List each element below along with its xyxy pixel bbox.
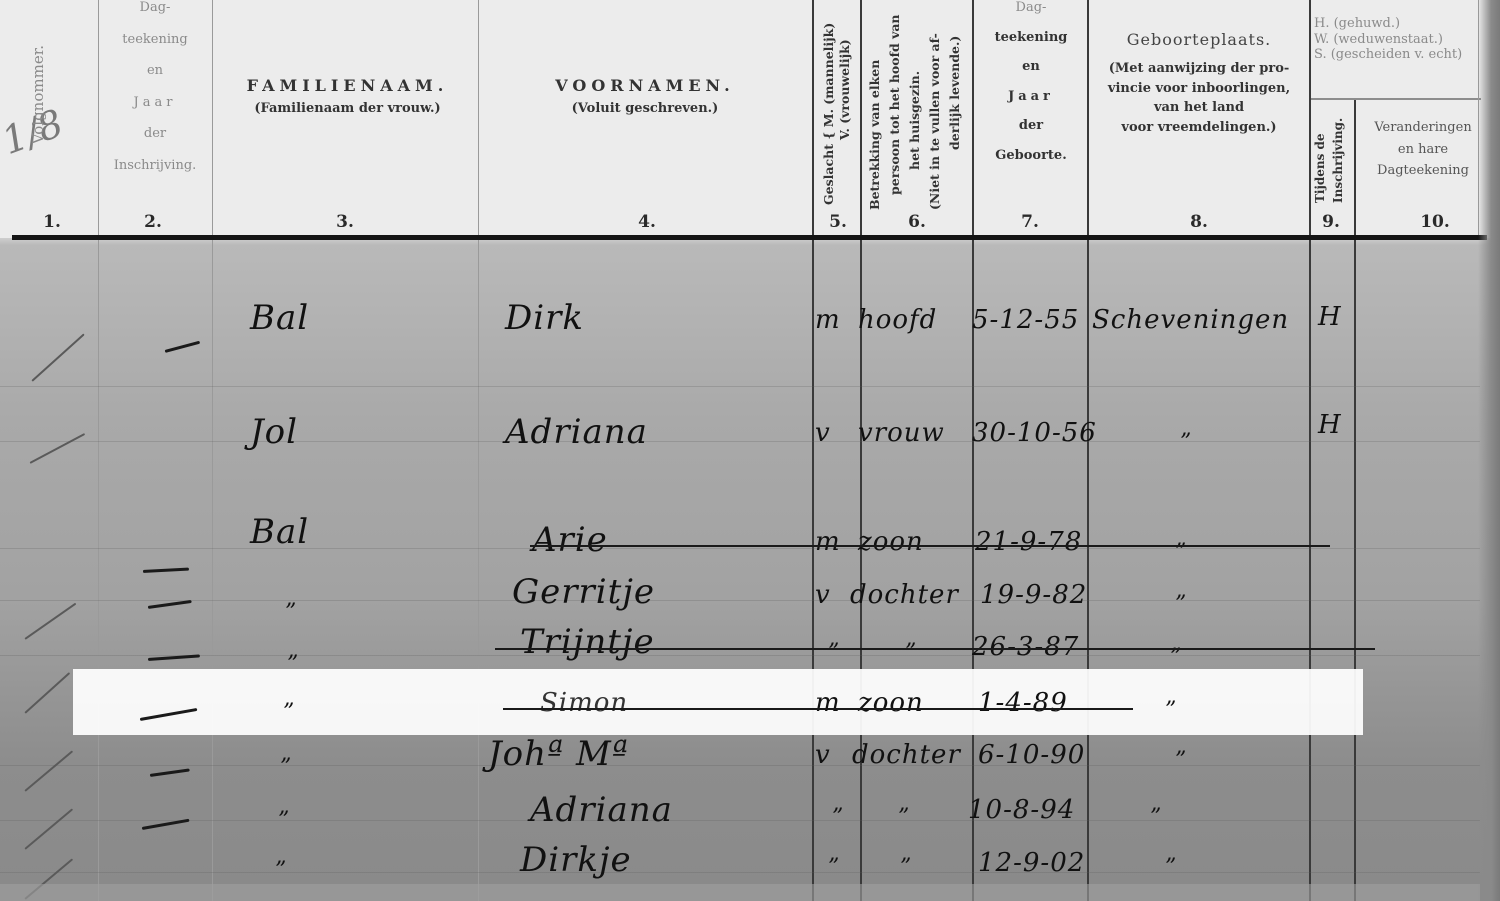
- strikethrough-line: [530, 545, 1330, 547]
- geboortedatum: 12-9-02: [978, 848, 1085, 878]
- betrekking: vrouw: [858, 418, 945, 448]
- col8-line: voor vreemdelingen.): [1090, 120, 1308, 136]
- familienaam: ”: [280, 755, 292, 780]
- geslacht: v: [815, 580, 831, 610]
- legend-item: S. (gescheiden v. echt): [1314, 47, 1489, 63]
- column-rule: [1354, 100, 1356, 901]
- geboorteplaats: ”: [1175, 540, 1187, 565]
- col10-title: Veranderingen en hare Dagteekening: [1358, 120, 1488, 179]
- col2-title: Dag- teekening en Jaar der Inschrijving.: [100, 0, 210, 174]
- col7-line: der: [975, 118, 1087, 134]
- col-number: 4.: [627, 212, 667, 232]
- burgerlijke-staat: H: [1318, 410, 1342, 440]
- burgerlijke-staat: H: [1318, 302, 1342, 332]
- column-rule: [1478, 0, 1479, 240]
- voornamen: Arie: [532, 520, 608, 560]
- col6-line: (Niet in te vullen voor af-: [928, 0, 942, 210]
- familienaam: ”: [275, 858, 287, 883]
- voornamen: Gerritje: [512, 572, 655, 612]
- volgnummer-tick: [30, 433, 86, 464]
- ledger-line: [0, 872, 1480, 873]
- col-number: 2.: [133, 212, 173, 232]
- familienaam: Jol: [250, 412, 298, 452]
- col10-line: Veranderingen: [1358, 120, 1488, 136]
- col7-line: Jaar: [975, 89, 1087, 105]
- betrekking: dochter: [852, 740, 961, 770]
- geboorteplaats: ”: [1175, 748, 1187, 773]
- legend-item: H. (gehuwd.): [1314, 16, 1489, 32]
- col5-heading: Geslacht: [821, 144, 836, 205]
- col3-title: FAMILIENAAM. (Familienaam der vrouw.): [215, 76, 480, 117]
- col4-subheading: (Voluit geschreven.): [480, 101, 810, 117]
- geslacht: ”: [828, 855, 840, 880]
- col8-line: vincie voor inboorlingen,: [1090, 81, 1308, 97]
- col-number: 3.: [325, 212, 365, 232]
- volgnummer-tick: [24, 750, 73, 791]
- ledger-line: [0, 386, 1480, 387]
- col5-option-v: V. (vrouwelijk): [838, 0, 852, 140]
- geslacht: v: [815, 740, 831, 770]
- civil-status-legend: H. (gehuwd.) W. (weduwenstaat.) S. (gesc…: [1314, 16, 1489, 63]
- inschrijving-dash: [165, 341, 201, 353]
- col6-line: het huisgezin.: [908, 0, 922, 170]
- voornamen: Adriana: [530, 790, 673, 830]
- ledger-line: [0, 765, 1480, 766]
- col6-line: derlijk levende.): [948, 0, 962, 150]
- voornamen: Dirk: [505, 298, 584, 338]
- voornamen: Dirkje: [520, 840, 632, 880]
- familienaam: ”: [285, 600, 297, 625]
- legend-divider: [1311, 98, 1481, 100]
- register-page: 1/8 Volgnommer. Dag- teekening en Jaar d…: [0, 0, 1500, 901]
- col8-line: (Met aanwijzing der pro-: [1090, 61, 1308, 77]
- col8-title: Geboorteplaats. (Met aanwijzing der pro-…: [1090, 30, 1308, 136]
- voornamen: Johª Mª: [488, 734, 629, 774]
- geslacht: v: [815, 418, 831, 448]
- col9-line: Inschrijving.: [1332, 108, 1346, 203]
- betrekking: zoon: [858, 527, 924, 557]
- col6-line: persoon tot het hoofd van: [888, 0, 902, 195]
- col-number: 1.: [32, 212, 72, 232]
- col3-subheading: (Familienaam der vrouw.): [215, 101, 480, 117]
- col10-line: Dagteekening: [1358, 163, 1488, 179]
- col5-title: Geslacht { M. (mannelijk): [822, 0, 836, 205]
- familienaam: Bal: [250, 512, 309, 552]
- geboortedatum: 26-3-87: [972, 632, 1079, 662]
- col-number: 9.: [1311, 212, 1351, 232]
- ledger-line: [0, 548, 1480, 549]
- col7-line: Geboorte.: [975, 148, 1087, 164]
- geslacht: m: [815, 305, 841, 335]
- geslacht: m: [815, 527, 841, 557]
- geslacht: ”: [832, 805, 844, 830]
- geboorteplaats: ”: [1165, 855, 1177, 880]
- col1-title: Volgnommer.: [30, 45, 47, 144]
- geboorteplaats: ”: [1175, 592, 1187, 617]
- col-number: 7.: [1010, 212, 1050, 232]
- page-bottom-edge: [0, 884, 1480, 901]
- inschrijving-dash: [148, 600, 192, 609]
- familienaam: Bal: [250, 298, 309, 338]
- col2-line: Jaar: [100, 95, 210, 111]
- volgnummer-tick: [31, 333, 84, 381]
- col2-line: Dag-: [100, 0, 210, 16]
- col8-line: van het land: [1090, 100, 1308, 116]
- voornamen: Adriana: [505, 412, 648, 452]
- geboortedatum: 6-10-90: [978, 740, 1085, 770]
- ledger-line: [0, 600, 1480, 601]
- geslacht: m: [815, 688, 841, 718]
- betrekking: ”: [898, 805, 910, 830]
- col2-line: Inschrijving.: [100, 158, 210, 174]
- header-divider: [12, 235, 1487, 240]
- betrekking: zoon: [858, 688, 924, 718]
- ledger-line: [0, 441, 1480, 442]
- geboorteplaats: ”: [1150, 805, 1162, 830]
- col-number: 10.: [1415, 212, 1455, 232]
- geboortedatum: 30-10-56: [972, 418, 1097, 448]
- col7-line: en: [975, 59, 1087, 75]
- ledger-line: [0, 655, 1480, 656]
- strikethrough-line: [503, 708, 1133, 710]
- col7-title: Dag- teekening en Jaar der Geboorte.: [975, 0, 1087, 164]
- voornamen: Simon: [540, 688, 628, 718]
- geboortedatum: 10-8-94: [968, 795, 1075, 825]
- col2-line: teekening: [100, 32, 210, 48]
- col-number: 6.: [897, 212, 937, 232]
- familienaam: ”: [283, 700, 295, 725]
- col7-line: Dag-: [975, 0, 1087, 16]
- geboortedatum: 5-12-55: [972, 305, 1079, 335]
- betrekking: ”: [905, 640, 917, 665]
- col7-line: teekening: [975, 30, 1087, 46]
- col5-option-m: M. (mannelijk): [821, 23, 836, 128]
- geslacht: ”: [828, 640, 840, 665]
- legend-item: W. (weduwenstaat.): [1314, 32, 1489, 48]
- voornamen: Trijntje: [520, 622, 655, 662]
- betrekking: dochter: [850, 580, 959, 610]
- geboorteplaats: Scheveningen: [1092, 305, 1289, 335]
- betrekking: hoofd: [858, 305, 937, 335]
- col6-line: Betrekking van elken: [868, 0, 882, 210]
- strikethrough-line: [495, 648, 1375, 650]
- col-number: 8.: [1179, 212, 1219, 232]
- inschrijving-dash: [143, 568, 189, 573]
- inschrijving-dash: [150, 768, 190, 777]
- col8-heading: Geboorteplaats.: [1090, 30, 1308, 49]
- col9-line: Tijdens de: [1314, 108, 1328, 203]
- col4-title: VOORNAMEN. (Voluit geschreven.): [480, 76, 810, 117]
- geboorteplaats: ”: [1165, 698, 1177, 723]
- geboortedatum: 19-9-82: [980, 580, 1087, 610]
- register-header: 1/8 Volgnommer. Dag- teekening en Jaar d…: [0, 0, 1500, 238]
- col10-line: en hare: [1358, 142, 1488, 158]
- volgnummer-tick: [24, 808, 73, 849]
- geboorteplaats: ”: [1180, 430, 1192, 455]
- volgnummer-tick: [24, 672, 70, 714]
- ledger-line: [0, 820, 1480, 821]
- familienaam: ”: [278, 808, 290, 833]
- col3-heading: FAMILIENAAM.: [215, 76, 480, 95]
- col2-line: der: [100, 126, 210, 142]
- col-number: 5.: [818, 212, 858, 232]
- geboortedatum: 21-9-78: [975, 527, 1082, 557]
- betrekking: ”: [900, 855, 912, 880]
- col4-heading: VOORNAMEN.: [480, 76, 810, 95]
- volgnummer-tick: [24, 603, 76, 640]
- col2-line: en: [100, 63, 210, 79]
- geboortedatum: 1-4-89: [978, 688, 1068, 718]
